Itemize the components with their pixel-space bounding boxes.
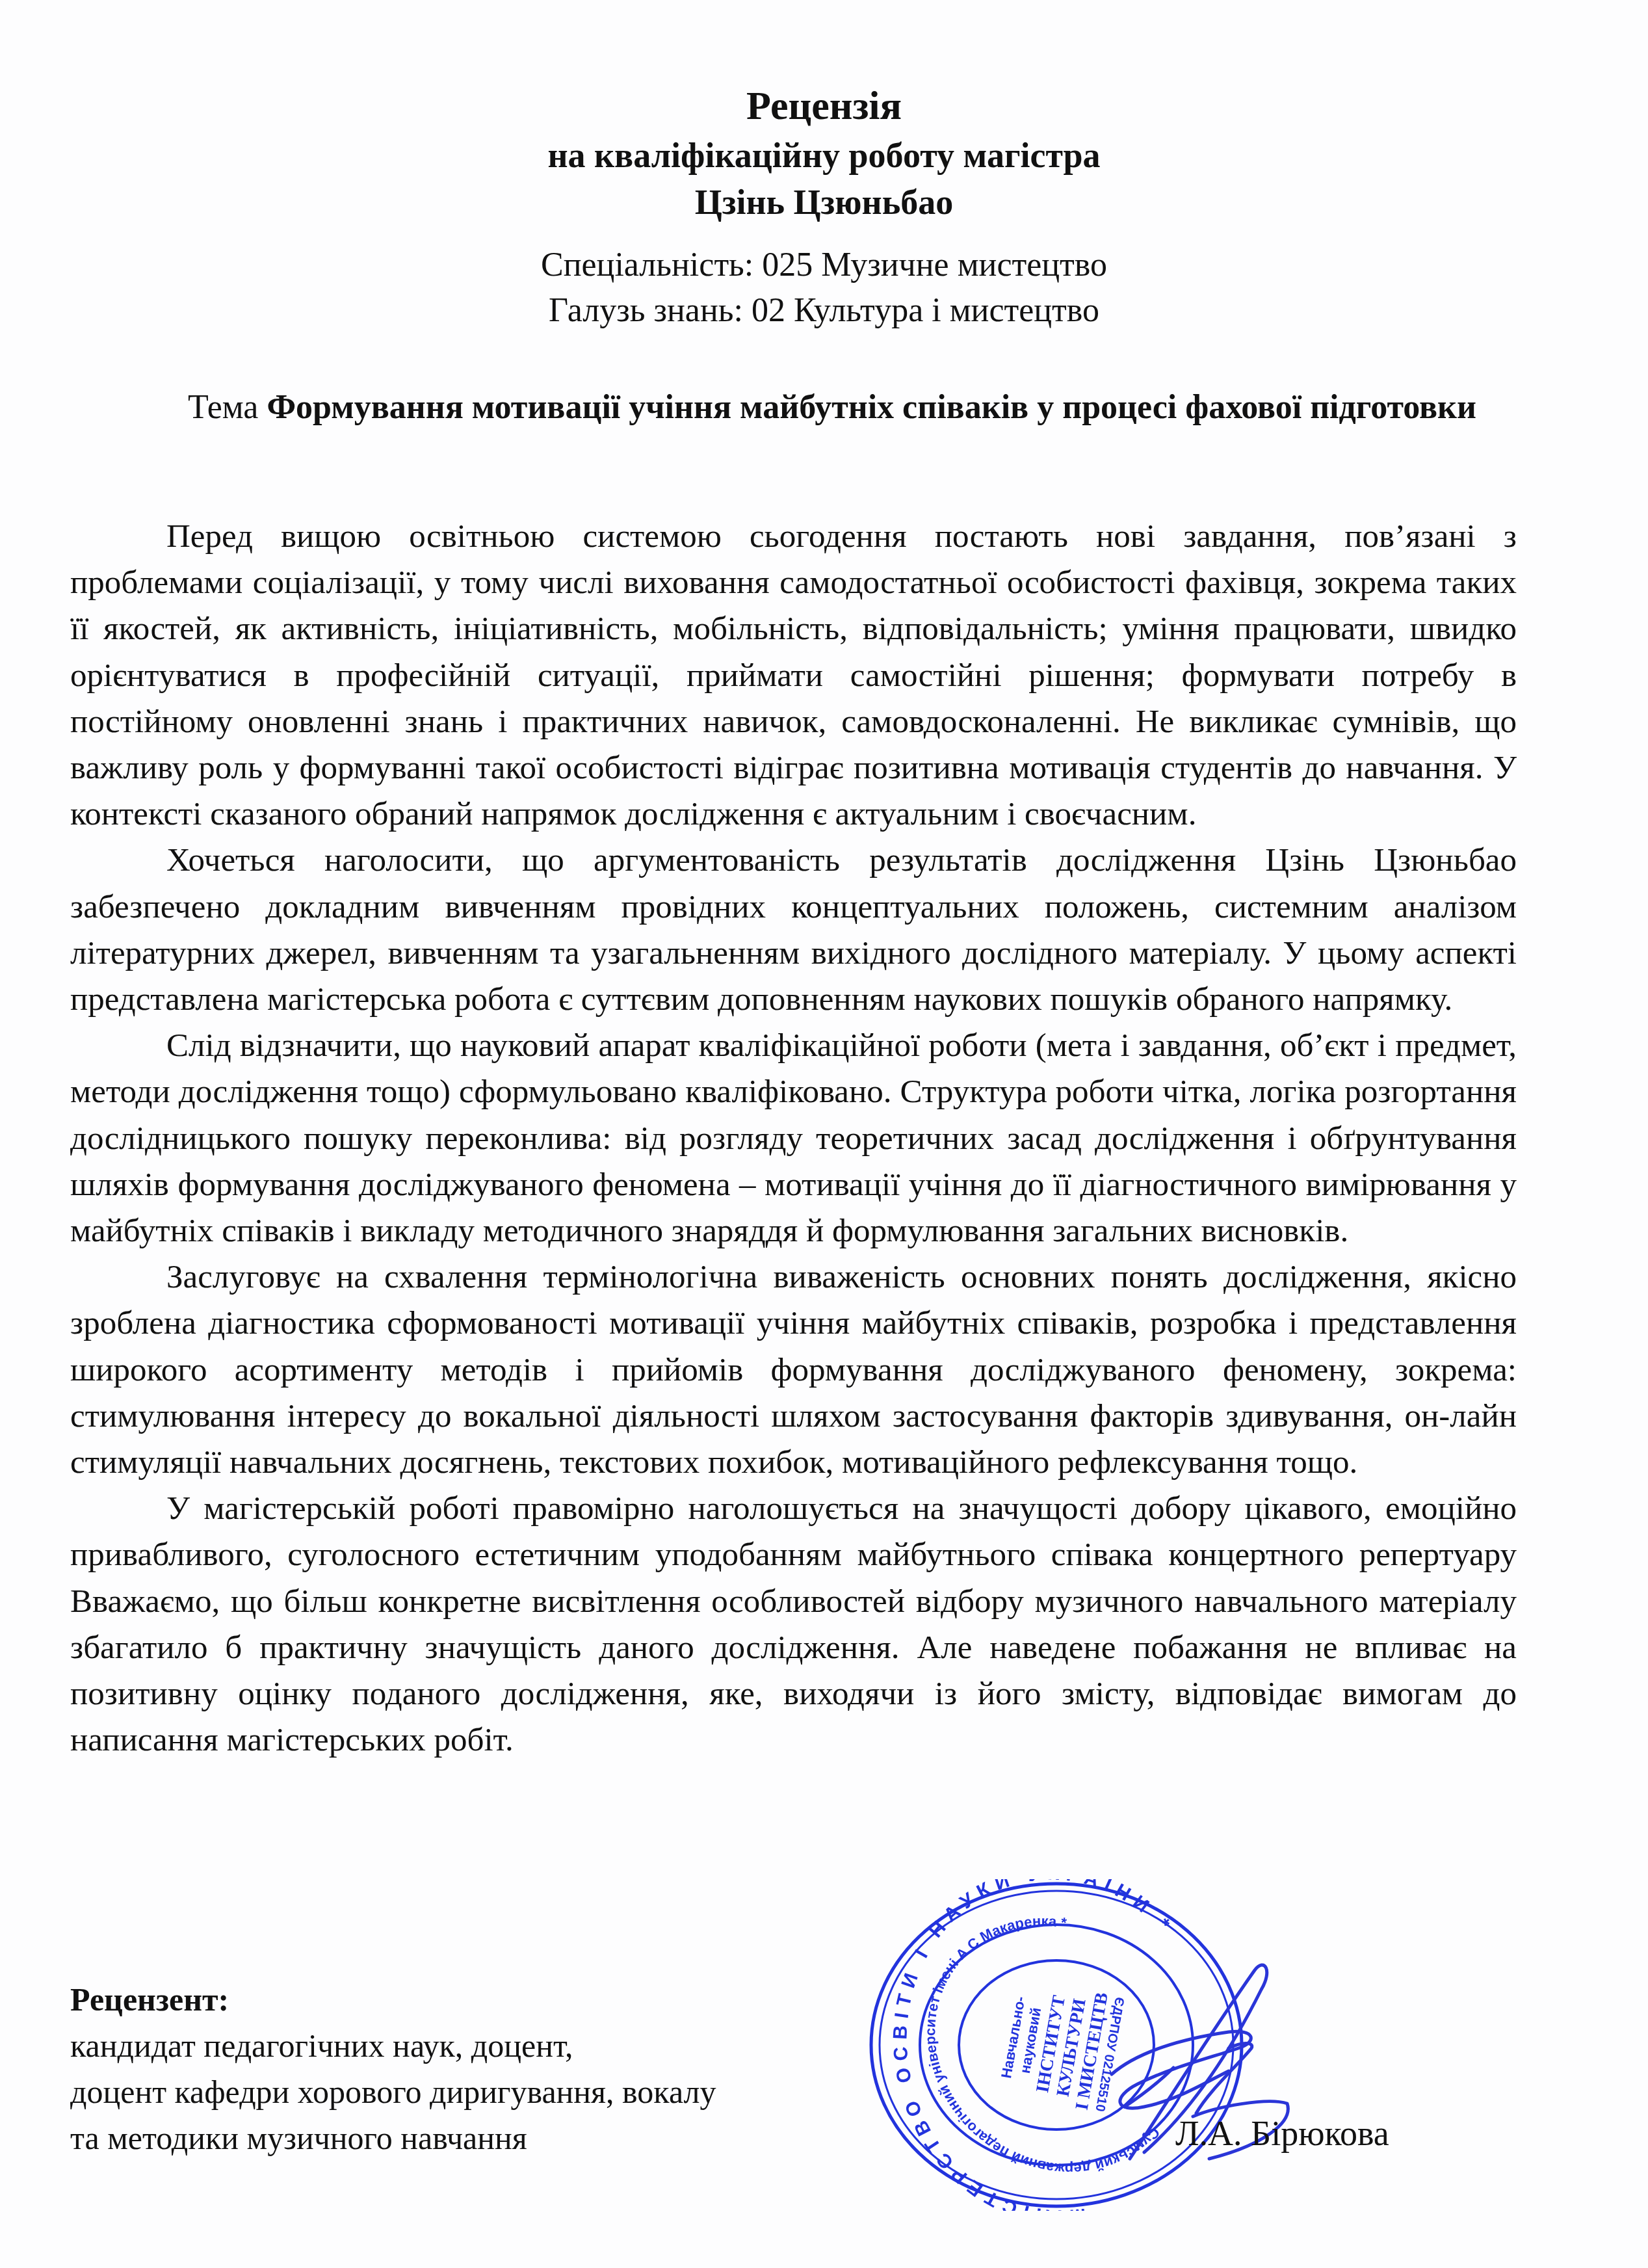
author-name: Цзінь Цзюньбао bbox=[0, 182, 1648, 222]
paragraph: Перед вищою освітньою системою сьогоденн… bbox=[70, 514, 1517, 837]
reviewer-name: Л.А. Бірюкова bbox=[1175, 2113, 1389, 2154]
review-body: Перед вищою освітньою системою сьогоденн… bbox=[70, 514, 1517, 1763]
paragraph: Заслуговує на схвалення термінологічна в… bbox=[70, 1254, 1517, 1486]
signature-icon bbox=[1099, 1944, 1437, 2191]
paragraph: Слід відзначити, що науковий апарат квал… bbox=[70, 1023, 1517, 1254]
paragraph: Хочеться наголосити, що аргументованість… bbox=[70, 837, 1517, 1023]
document-subtitle: на кваліфікаційну роботу магістра bbox=[0, 135, 1648, 176]
topic-prefix: Тема bbox=[188, 389, 267, 426]
reviewer-heading: Рецензент: bbox=[70, 1977, 716, 2023]
reviewer-title-line: та методики музичного навчання bbox=[70, 2115, 716, 2161]
topic-line: Тема Формування мотивації учіння майбутн… bbox=[150, 384, 1515, 432]
field-of-knowledge-line: Галузь знань: 02 Культура і мистецтво bbox=[0, 291, 1648, 330]
reviewer-title-line: кандидат педагогічних наук, доцент, bbox=[70, 2023, 716, 2069]
specialty-line: Спеціальність: 025 Музичне мистецтво bbox=[0, 246, 1648, 284]
reviewer-block: Рецензент: кандидат педагогічних наук, д… bbox=[70, 1977, 716, 2161]
topic-title: Формування мотивації учіння майбутніх сп… bbox=[267, 389, 1476, 426]
document-title: Рецензія bbox=[0, 83, 1648, 129]
reviewer-title-line: доцент кафедри хорового диригування, вок… bbox=[70, 2069, 716, 2115]
paragraph: У магістерській роботі правомірно наголо… bbox=[70, 1486, 1517, 1763]
review-page: Рецензія на кваліфікаційну роботу магіст… bbox=[0, 0, 1648, 2268]
